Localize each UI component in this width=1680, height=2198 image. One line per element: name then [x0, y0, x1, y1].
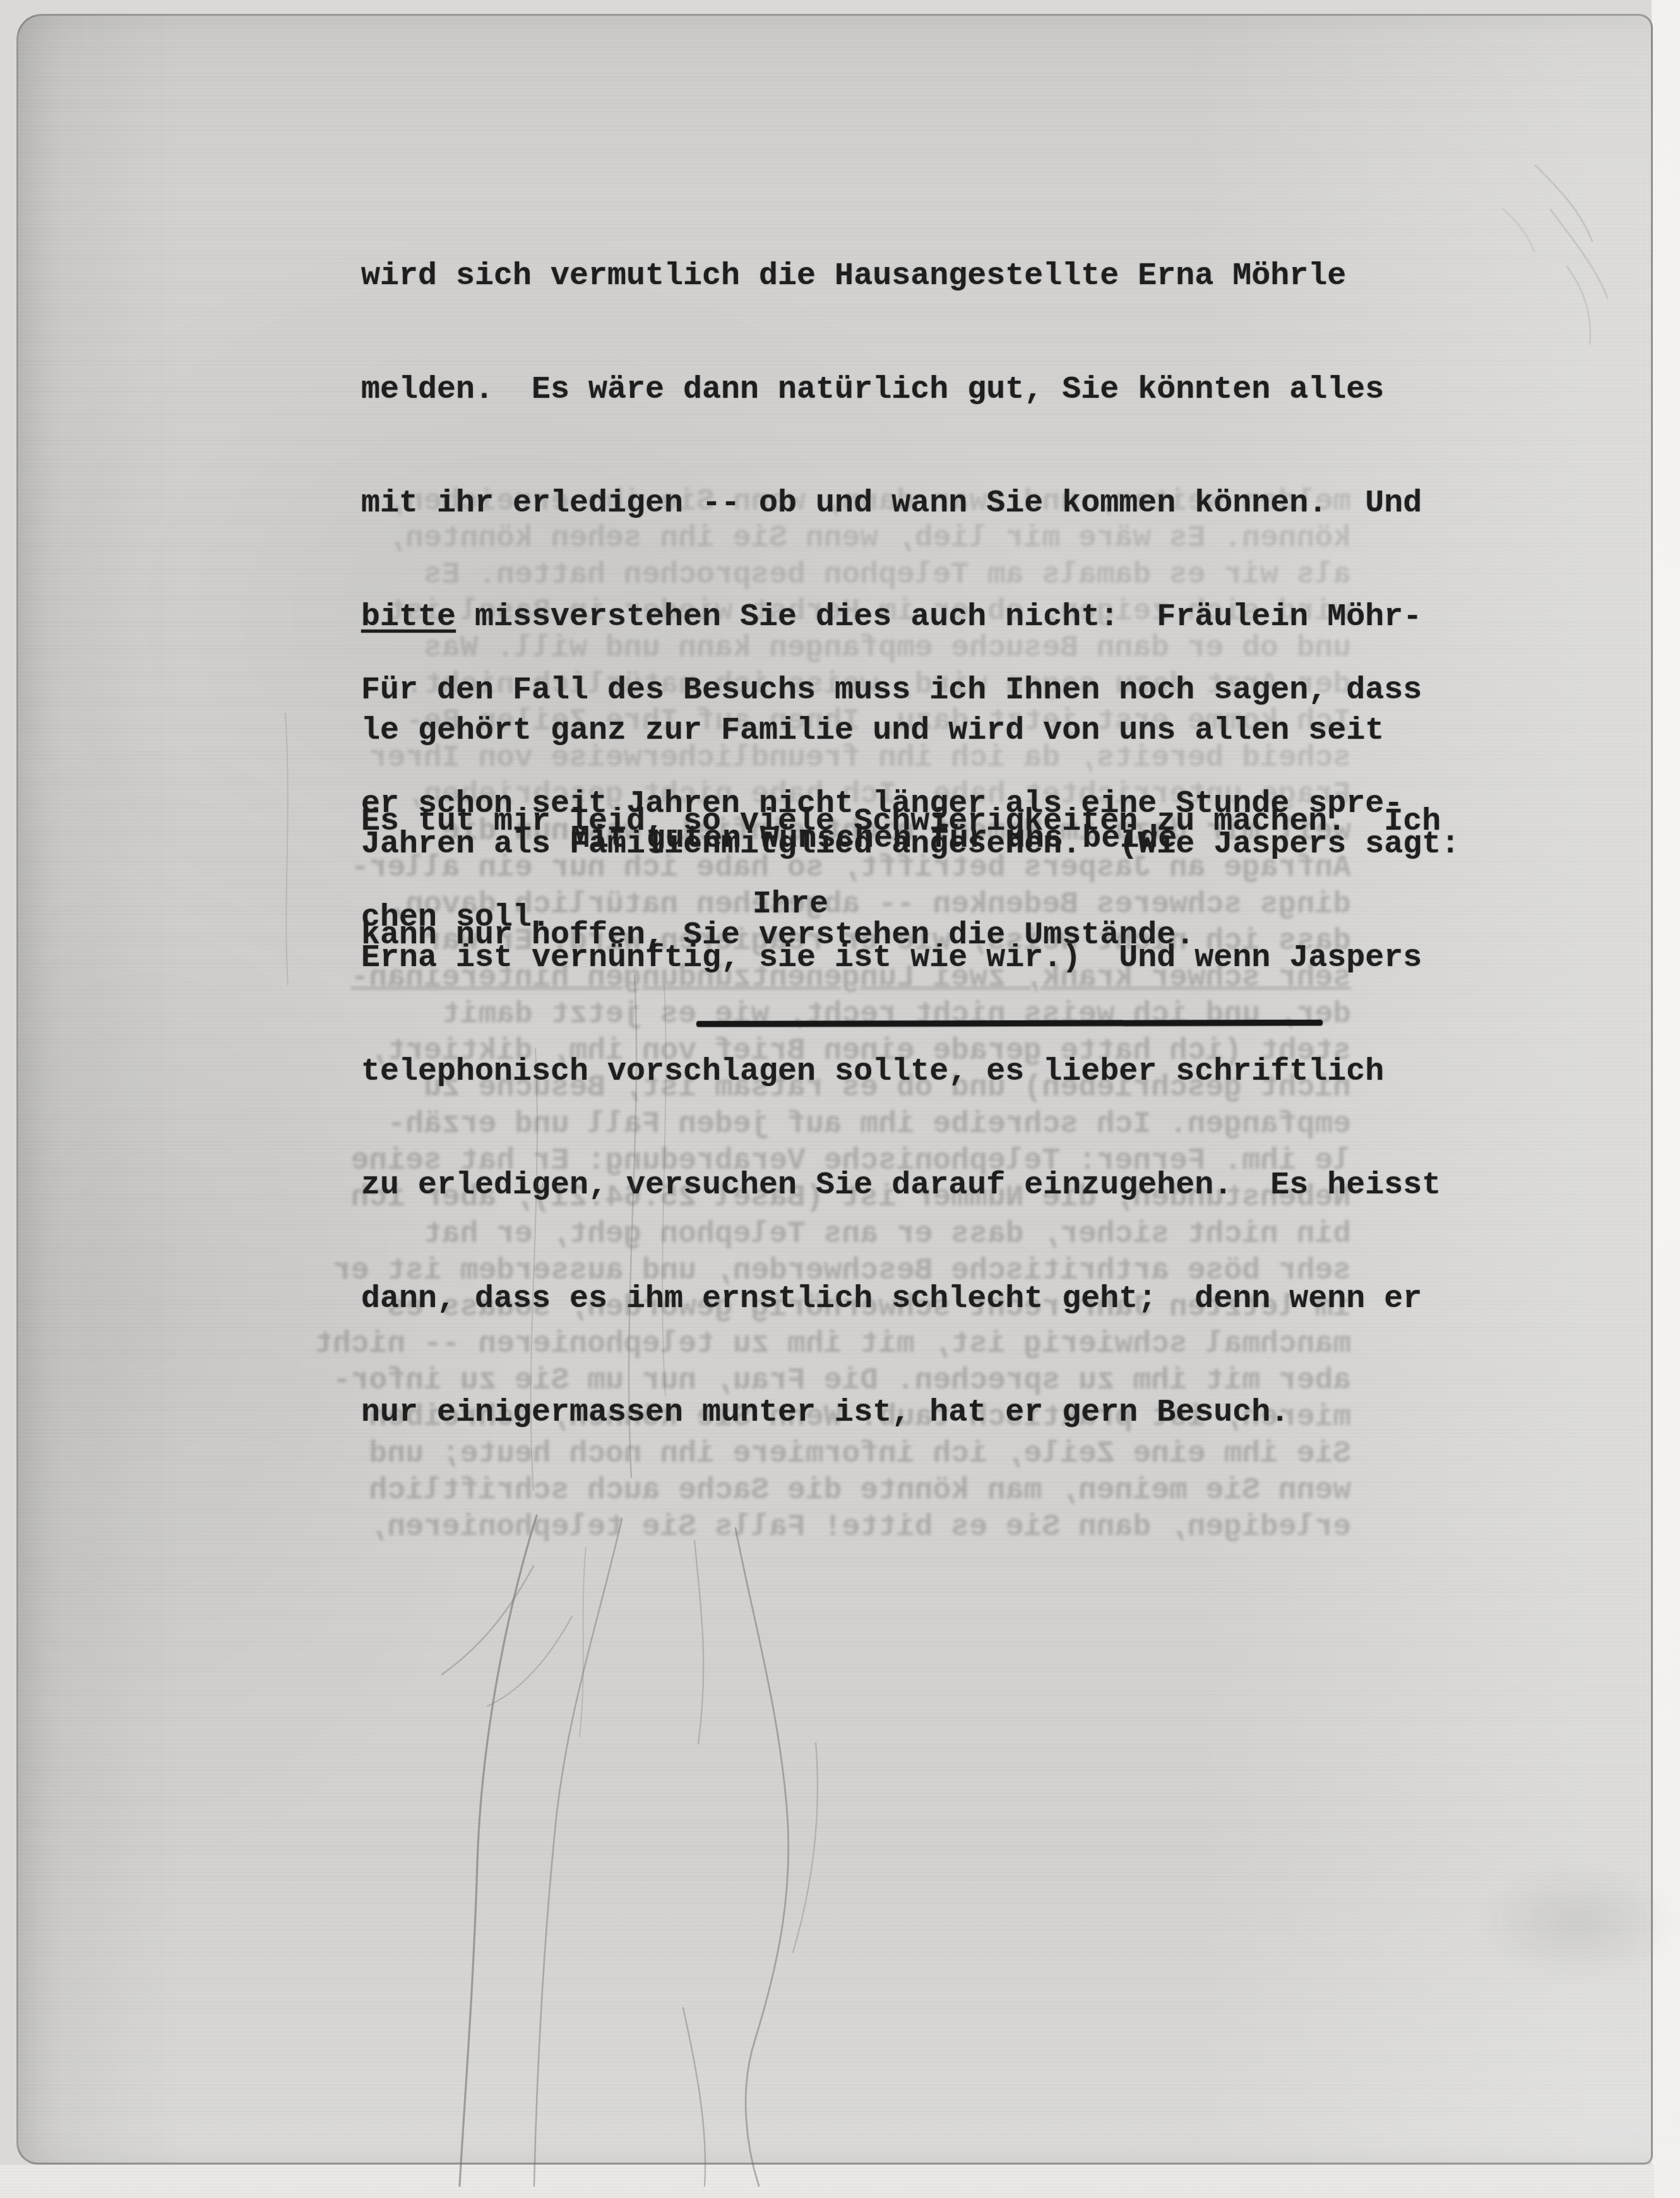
pencil-annotation [1503, 165, 1607, 344]
pencil-sketch [0, 0, 1680, 2198]
letter-scan: melden weiter, und zwar dann, wenn Sie i… [0, 0, 1680, 2198]
